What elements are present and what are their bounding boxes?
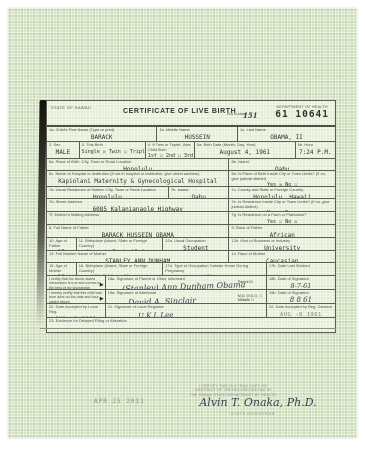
field-mother-name: 13. Full Maiden Name of Mother STANLEY A… [47,251,228,262]
arrow-icon: ▶ [100,282,104,288]
informant-certify-text: I certify that the above stated informat… [47,276,105,289]
field-mother-birthplace: 16. Birthplace (Island, State or Foreign… [76,263,162,275]
row-registrar: 20. Date Accepted by Local Reg. AUG -8 1… [47,304,335,318]
field-father-age: 10. Age of Father 25 [47,238,76,250]
certificate-title: CERTIFICATE OF LIVE BIRTH [123,108,236,115]
state-registrar-signature: Alvin T. Onaka, Ph.D. [168,396,348,409]
field-birth-city-limits: 6d. Is Place of Birth Inside City or Tow… [228,171,335,186]
state-name: STATE OF HAWAII [51,105,91,110]
field-father-name: 8. Full Name of Father BARACK HUSSEIN OB… [47,225,228,237]
field-mother-occupation: 17a. Type of Occupation Outside Home Dur… [162,263,266,275]
field-hospital: 6c. Name of Hospital or Institution (If … [47,171,228,186]
received-date-stamp: APR 25 2011 [94,398,145,405]
field-residence-island: 7b. Island Oahu [168,187,228,198]
field-birth-city: 6a. Place of Birth: City, Town or Rural … [47,159,228,170]
field-attendant-signature: 19a. Signature of Attendant David A. Sin… [105,290,266,303]
field-first-name: 1a. Child's First Name (Type or print) B… [47,127,156,141]
field-father-race: 9. Race of Father African [228,225,335,237]
field-date-last-worked: 17b. Date Last Worked [266,263,335,275]
form-header: STATE OF HAWAII CERTIFICATE OF LIVE BIRT… [47,101,335,127]
row-street: 7d. Street Address 6085 Kalanianaole Hig… [47,199,335,212]
field-middle-name: 1b. Middle Name HUSSEIN [156,127,237,141]
row-mother-details: 15. Age of Mother 18 16. Birthplace (Isl… [47,263,335,276]
arrow-icon: ▶ [100,296,104,302]
field-delayed-filing: 23. Evidence for Delayed Filing or Alter… [47,318,335,332]
field-general-accept-date: 22. Date Accepted by Reg. General AUG -8… [266,304,335,317]
local-date-stamp: AUG -8 1961 [49,316,103,317]
field-birth-island: 6b. Island Oahu [228,159,335,170]
field-residence-city: 7a. Usual Residence of Mother: City, Tow… [47,187,168,198]
general-date-stamp: AUG -8 1961 [269,312,333,317]
row-mother-name: 13. Full Maiden Name of Mother STANLEY A… [47,251,335,263]
field-mailing-address: 7f. Mother's Mailing Address [47,212,228,224]
field-mother-age: 15. Age of Mother 18 [47,263,76,275]
field-sex: 2. Sex MALE [47,142,79,158]
row-father-details: 10. Age of Father 25 11. Birthplace (Isl… [47,238,335,251]
field-hour: 5b. Hour 7:24 P.M. [295,142,335,158]
certificate-number: 61 10641 [275,109,329,120]
certificate-form: STATE OF HAWAII CERTIFICATE OF LIVE BIRT… [46,100,336,333]
form-bottom-edge [40,328,336,329]
field-local-accept-date: 20. Date Accepted by Local Reg. AUG -8 1… [47,304,105,317]
parent-checkbox: Parent ☒ [238,280,264,284]
field-farm-plantation: 7g. Is Residence on a Farm or Plantation… [228,212,335,224]
row-delayed-filing: 23. Evidence for Delayed Filing or Alter… [47,318,335,332]
field-informant-date: 18b. Date of Signature 8-7-61 [266,276,335,289]
department-block: DEPARTMENT OF HEALTH 61 10641 [275,104,329,120]
file-number-value: 151 [243,111,258,120]
field-this-birth: 3. This Birth Single ☒ Twin ☐ Triplet ☐ [79,142,145,158]
field-street-address: 7d. Street Address 6085 Kalanianaole Hig… [47,199,228,211]
field-father-industry: 12b. Kind of Business or Industry Univer… [228,238,335,250]
row-sex-birth: 2. Sex MALE 3. This Birth Single ☒ Twin … [47,142,335,159]
row-informant-signature: I certify that the above stated informat… [47,276,335,290]
field-residence-county: 7c. County and State or Foreign Country … [228,187,335,198]
field-residence-city-limits: 7e. Is Residence Inside City or Town Lim… [228,199,335,211]
row-place-of-birth: 6a. Place of Birth: City, Town or Rural … [47,159,335,171]
field-local-registrar-signature: 21. Signature of Local Registrar U K L L… [105,304,266,317]
row-mailing: 7f. Mother's Mailing Address 7g. Is Resi… [47,212,335,225]
attendant-certify-text: I hereby certify that this child was bor… [47,290,105,303]
attendant-type-checkboxes: M.D. ☒ D.O. ☐ Midwife ☐ Other ☐ [238,294,264,303]
field-mother-race: 14. Race of Mother Caucasian [228,251,335,262]
row-residence: 7a. Usual Residence of Mother: City, Tow… [47,187,335,199]
field-twin-order: 4. If Twin or Triplet, Was Child Born 1s… [145,142,194,158]
field-father-birthplace: 11. Birthplace (Island, State or Foreign… [76,238,162,250]
row-hospital: 6c. Name of Hospital or Institution (If … [47,171,335,187]
state-registrar-title: STATE REGISTRAR [193,412,313,416]
field-informant-signature: 18a. Signature of Parent or Other Inform… [105,276,266,289]
field-attendant-date: 19b. Date of Signature 8 8 61 [266,290,335,303]
scanned-page: STATE OF HAWAII CERTIFICATE OF LIVE BIRT… [0,0,365,450]
security-paper: STATE OF HAWAII CERTIFICATE OF LIVE BIRT… [8,8,357,438]
field-father-occupation: 12a. Usual Occupation Student [162,238,228,250]
row-father-name: 8. Full Name of Father BARACK HUSSEIN OB… [47,225,335,238]
field-last-name: 1c. Last Name OBAMA, II [237,127,335,141]
row-name: 1a. Child's First Name (Type or print) B… [47,127,335,142]
row-attendant-signature: I hereby certify that this child was bor… [47,290,335,304]
field-birth-date: 5a. Birth Date (Month, Day, Year) August… [194,142,295,158]
